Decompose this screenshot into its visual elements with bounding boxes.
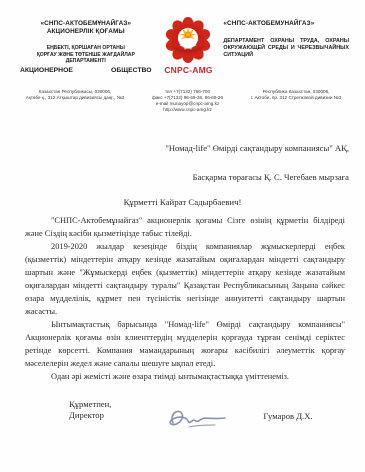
- org-type-ru: АКЦИОНЕРНОЕ ОБЩЕСТВО: [18, 67, 154, 74]
- letter-page: «СНПС-АКТОБЕМҰНАЙГАЗ» АКЦИОНЕРЛІК ҚОҒАМЫ…: [0, 0, 365, 472]
- addressee-company: "Номад-life" Өмірді сақтандыру компанияс…: [0, 143, 349, 153]
- closing-regards: Құрметпен,: [69, 399, 111, 410]
- dept-kz-line3: ДЕПАРТАМЕНТІ: [18, 58, 154, 65]
- logo-caption: CNPC-AMG: [154, 65, 224, 75]
- org-type-word2: ОБЩЕСТВО: [111, 67, 152, 74]
- contact-row: Казахстан Республикасы, 030006, Ақтөбе қ…: [0, 75, 365, 113]
- closing-titles: Құрметпен, Директор: [69, 399, 111, 421]
- org-type-word1: АКЦИОНЕРНОЕ: [20, 67, 73, 74]
- letterhead-left-block: «СНПС-АКТОБЕМҰНАЙГАЗ» АКЦИОНЕРЛІК ҚОҒАМЫ…: [18, 20, 154, 74]
- signer-name: Гумаров Д.Х.: [263, 411, 312, 421]
- signature-wrap: [159, 405, 233, 435]
- greeting: Құрметті Кайрат Садырбаевич!: [0, 197, 365, 207]
- org-name-kz-line2: АКЦИОНЕРЛІК ҚОҒАМЫ: [18, 28, 154, 36]
- paragraph-2: 2019-2020 жылдар кезеңінде біздің компан…: [25, 240, 345, 318]
- letterhead: «СНПС-АКТОБЕМҰНАЙГАЗ» АКЦИОНЕРЛІК ҚОҒАМЫ…: [0, 0, 365, 75]
- org-name-kz-line1: «СНПС-АКТОБЕМҰНАЙГАЗ»: [18, 20, 154, 28]
- paragraph-3: Ынтымақтастық барысында "Номад-life" Өмі…: [25, 318, 345, 370]
- closing-position: Директор: [69, 410, 111, 421]
- letter-body: "СНПС-Актобемұнайгаз" акционерлік қоғамы…: [25, 214, 345, 383]
- paragraph-1: "СНПС-Актобемұнайгаз" акционерлік қоғамы…: [25, 214, 345, 240]
- contact-info: тел +7(7132) 766-700 факс +7(7132) 96-69…: [138, 89, 238, 113]
- dept-kz: ЕҢБЕКТІ, ҚОРШАҒАН ОРТАНЫ ҚОРҒАУ ЖӘНЕ ТӨТ…: [18, 45, 154, 65]
- signature-icon: [159, 405, 233, 435]
- address-kz: Казахстан Республикасы, 030006, Ақтөбе қ…: [16, 89, 134, 101]
- org-name-ru: «СНПС-АКТОБЕМУНАЙГАЗ»: [223, 20, 349, 28]
- cnpc-logo-icon: [164, 16, 212, 64]
- address-ru: Республика Казахстан, 030006, г. Актобе,…: [241, 89, 351, 101]
- dept-ru: ДЕПАРТАМЕНТ ОХРАНЫ ТРУДА, ОХРАНЫ ОКРУЖАЮ…: [223, 38, 349, 66]
- address-ru-line2: г. Актобе, пр. 312 Стрелковой дивизии №3: [241, 95, 351, 101]
- logo-block: CNPC-AMG: [154, 16, 224, 75]
- paragraph-4: Одан әрі жемісті және өзара тиімді ынтым…: [25, 370, 345, 383]
- website: http://www.cnpc-amg.kz: [138, 107, 238, 113]
- closing-block: Құрметпен, Директор Гумаров Д.Х.: [25, 399, 345, 435]
- address-kz-line2: Ақтөбе қ., 312 Атқыштар дивизиясы даңғ.,…: [16, 95, 134, 101]
- addressee-block: "Номад-life" Өмірді сақтандыру компанияс…: [0, 143, 349, 182]
- addressee-person: Басқарма төрағасы Қ. С. Чегебаев мырзаға: [0, 172, 349, 182]
- letterhead-right-block: «СНПС-АКТОБЕМУНАЙГАЗ» ДЕПАРТАМЕНТ ОХРАНЫ…: [223, 20, 349, 66]
